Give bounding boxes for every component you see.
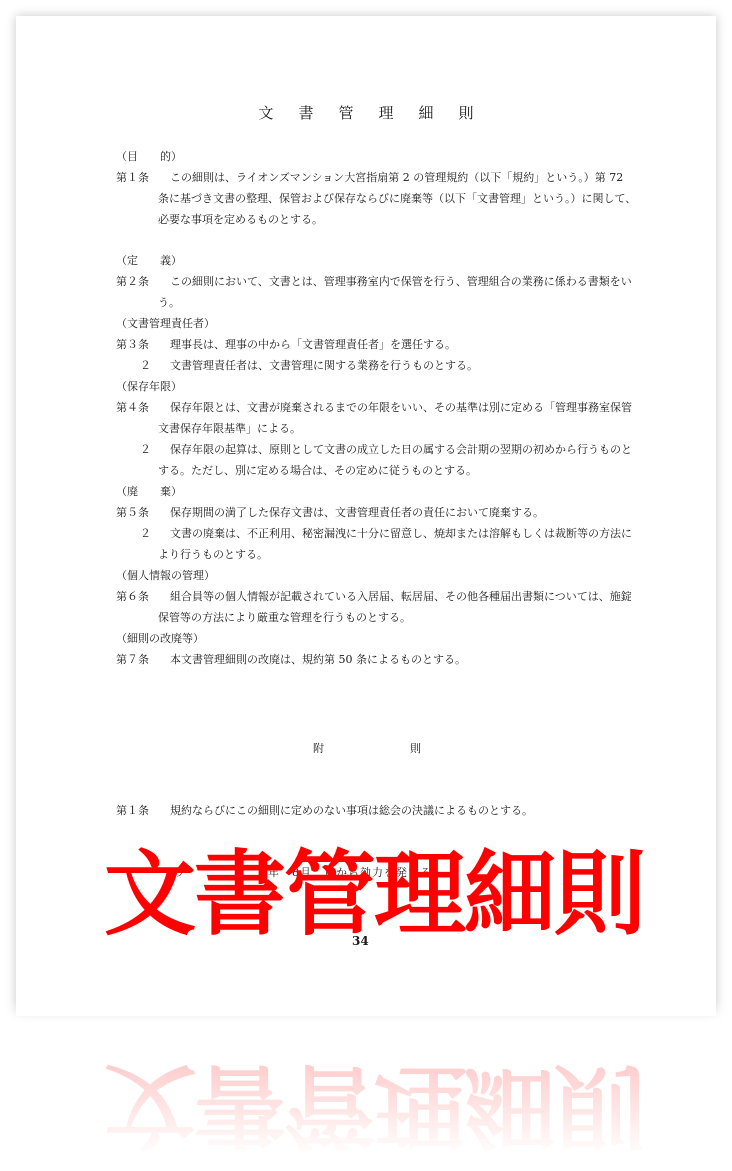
paragraph-text: 文書管理責任者は、文書管理に関する業務を行うものとする。 <box>158 359 478 372</box>
article: 第５条保存期間の満了した保存文書は、文書管理責任者の責任において廃棄する。 <box>116 502 616 523</box>
paragraph-label: ２ <box>116 439 158 460</box>
section-heading: （定 義） <box>116 250 616 271</box>
article-text: 組合員等の個人情報が記載されている入居届、転居届、その他各種届出書類については、… <box>158 590 632 603</box>
title-overlay-stamp: 文書管理細則 <box>84 842 664 948</box>
article-text: 理事長は、理事の中から「文書管理責任者」を選任する。 <box>158 338 456 351</box>
article-text: 保存年限とは、文書が廃棄されるまでの年限をいい、その基準は別に定める「管理事務室… <box>158 401 632 414</box>
article: 第６条組合員等の個人情報が記載されている入居届、転居届、その他各種届出書類につい… <box>116 586 616 628</box>
article-text: 本文書管理細則の改廃は、規約第 50 条によるものとする。 <box>158 653 466 666</box>
article-label: 第４条 <box>116 397 158 418</box>
supplementary-heading-right: 則 <box>410 740 421 756</box>
article-text: 必要な事項を定めるものとする。 <box>116 209 616 230</box>
article-text: 条に基づき文書の整理、保管および保存ならびに廃棄等（以下「文書管理」という。）に… <box>116 188 616 209</box>
article-text: う。 <box>116 292 616 313</box>
title-overlay-reflection: 文書管理細則 <box>84 1052 664 1158</box>
document-title: 文書管理細則 <box>0 102 732 123</box>
paragraph-label: ２ <box>116 355 158 376</box>
supplementary-article: 第１条規約ならびにこの細則に定めのない事項は総会の決議によるものとする。 <box>116 802 533 818</box>
page-bottom-fade <box>0 1000 732 1040</box>
paragraph: ２保存年限の起算は、原則として文書の成立した日の属する会計期の翌期の初めから行う… <box>116 439 616 481</box>
article: 第２条この細則において、文書とは、管理事務室内で保管を行う、管理組合の業務に係わ… <box>116 271 616 313</box>
paragraph-text: する。ただし、別に定める場合は、その定めに従うものとする。 <box>116 460 616 481</box>
article-label: 第６条 <box>116 586 158 607</box>
paragraph-text: 保存年限の起算は、原則として文書の成立した日の属する会計期の翌期の初めから行うも… <box>158 443 632 456</box>
article-label: 第３条 <box>116 334 158 355</box>
article-text: 保存期間の満了した保存文書は、文書管理責任者の責任において廃棄する。 <box>158 506 544 519</box>
paragraph-label: ２ <box>116 523 158 544</box>
section-heading: （個人情報の管理） <box>116 565 616 586</box>
article: 第４条保存年限とは、文書が廃棄されるまでの年限をいい、その基準は別に定める「管理… <box>116 397 616 439</box>
supplementary-heading-left: 附 <box>313 740 324 756</box>
section-heading: （廃 棄） <box>116 481 616 502</box>
paragraph: ２文書管理責任者は、文書管理に関する業務を行うものとする。 <box>116 355 616 376</box>
article: 第７条本文書管理細則の改廃は、規約第 50 条によるものとする。 <box>116 649 616 670</box>
article-label: 第７条 <box>116 649 158 670</box>
section-heading: （細則の改廃等） <box>116 628 616 649</box>
article-text: 規約ならびにこの細則に定めのない事項は総会の決議によるものとする。 <box>158 804 533 817</box>
article-text: この細則は、ライオンズマンション大宮指扇第 2 の管理規約（以下「規約」という。… <box>158 171 623 184</box>
paragraph-text: 文書の廃棄は、不正利用、秘密漏洩に十分に留意し、焼却または溶解もしくは裁断等の方… <box>158 527 632 540</box>
article: 第１条この細則は、ライオンズマンション大宮指扇第 2 の管理規約（以下「規約」と… <box>116 167 616 230</box>
section-heading: （目 的） <box>116 146 616 167</box>
article: 第３条理事長は、理事の中から「文書管理責任者」を選任する。 <box>116 334 616 355</box>
document-body: （目 的） 第１条この細則は、ライオンズマンション大宮指扇第 2 の管理規約（以… <box>116 146 616 670</box>
article-label: 第１条 <box>116 802 158 818</box>
article-text: 文書保存年限基準」による。 <box>116 418 616 439</box>
article-label: 第１条 <box>116 167 158 188</box>
article-label: 第２条 <box>116 271 158 292</box>
section-heading: （保存年限） <box>116 376 616 397</box>
article-text: この細則において、文書とは、管理事務室内で保管を行う、管理組合の業務に係わる書類… <box>158 275 632 288</box>
article-label: 第５条 <box>116 502 158 523</box>
paragraph-text: より行うものとする。 <box>116 544 616 565</box>
section-heading: （文書管理責任者） <box>116 313 616 334</box>
paragraph: ２文書の廃棄は、不正利用、秘密漏洩に十分に留意し、焼却または溶解もしくは裁断等の… <box>116 523 616 565</box>
article-text: 保管等の方法により厳重な管理を行うものとする。 <box>116 607 616 628</box>
